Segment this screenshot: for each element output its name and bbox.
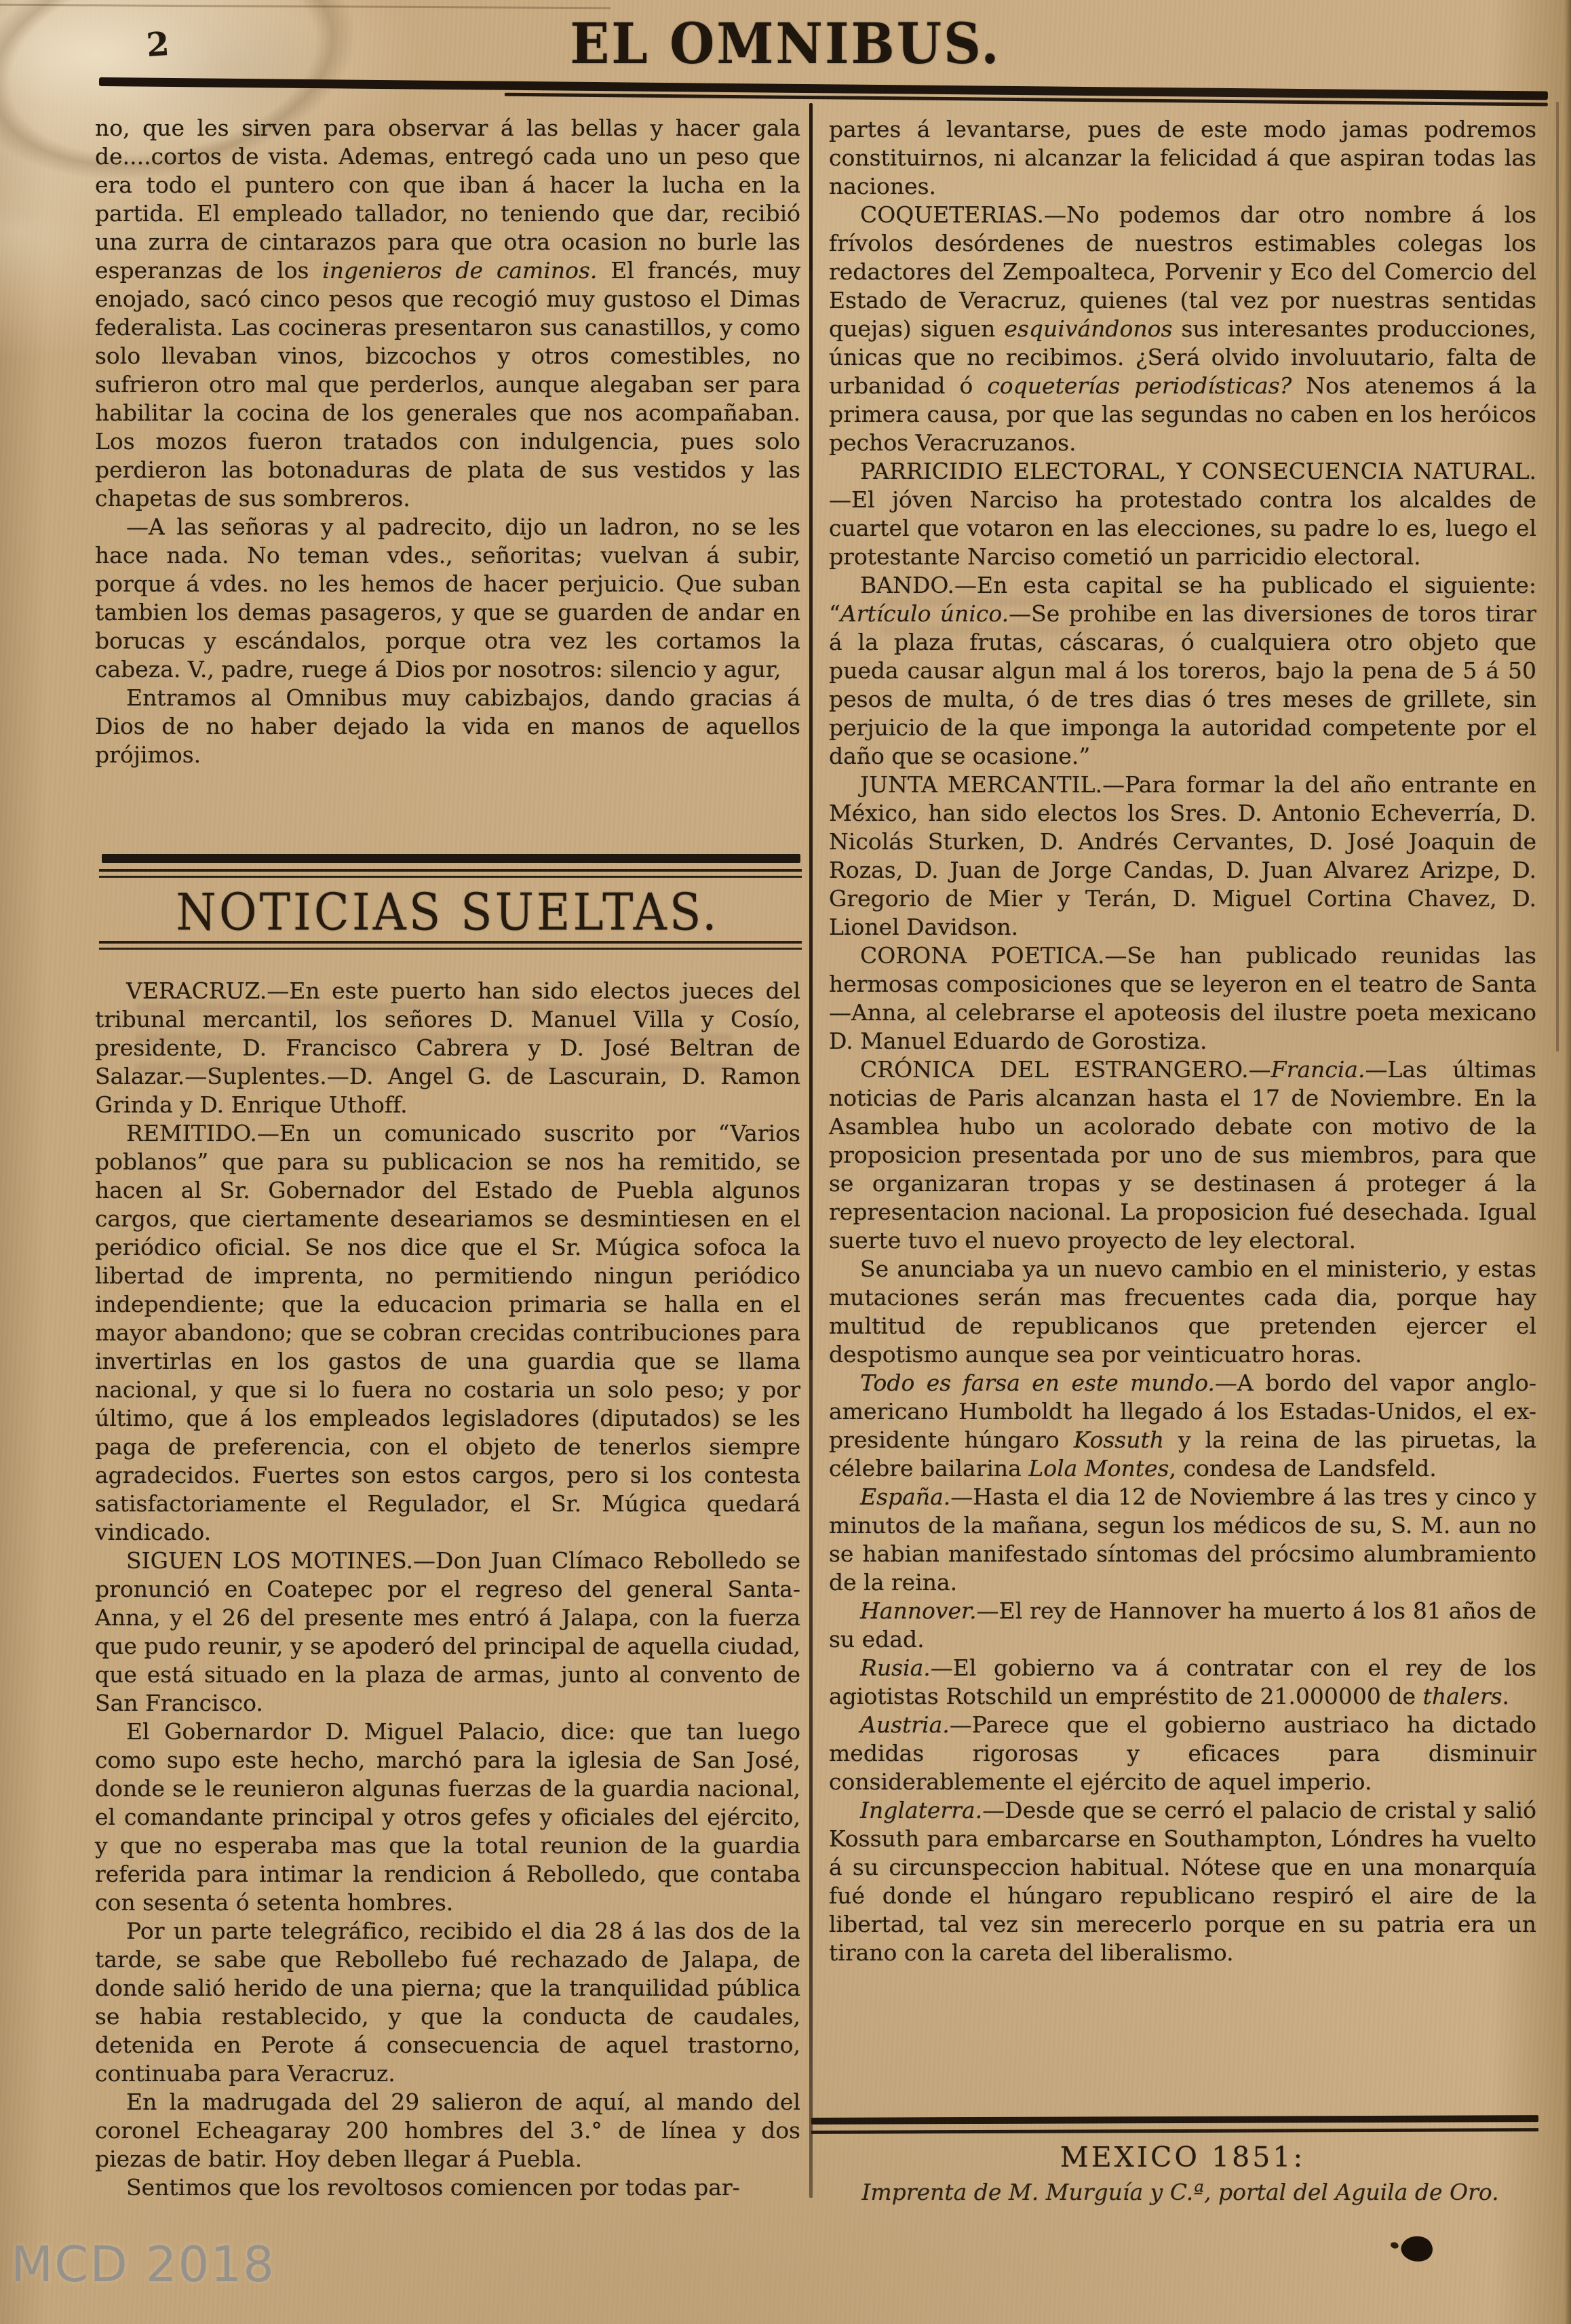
body-text: Sentimos que los revoltosos comiencen po… <box>126 2174 740 2201</box>
body-text: —A las señoras y al padrecito, dijo un l… <box>95 514 800 682</box>
section-rule-thin <box>99 948 802 950</box>
paragraph: Por un parte telegráfico, recibido el di… <box>95 1917 800 2088</box>
right-column: partes á levantarse, pues de este modo j… <box>829 115 1536 1967</box>
paragraph: En la madrugada del 29 salieron de aquí,… <box>95 2088 800 2173</box>
watermark: MCD 2018 <box>11 2236 275 2293</box>
section-rule-thin <box>99 941 802 944</box>
body-text: . <box>1502 1683 1510 1709</box>
paragraph: JUNTA MERCANTIL.—Para formar la del año … <box>829 771 1536 942</box>
body-text: —Las últimas noticias de Paris alcanzan … <box>829 1056 1536 1254</box>
paragraph: partes á levantarse, pues de este modo j… <box>829 115 1536 201</box>
body-text: CRÓNICA DEL ESTRANGERO.— <box>860 1056 1271 1083</box>
italic-text: Inglaterra. <box>860 1797 982 1823</box>
italic-text: Kossuth <box>1074 1427 1164 1453</box>
paragraph: Inglaterra.—Desde que se cerró el palaci… <box>829 1796 1536 1967</box>
section-rule-thick <box>102 854 800 863</box>
paragraph: REMITIDO.—En un comunicado suscrito por … <box>95 1119 800 1547</box>
body-text: SIGUEN LOS MOTINES.—Don Juan Clímaco Reb… <box>95 1547 800 1716</box>
body-text: El francés, muy enojado, sacó cinco peso… <box>95 257 800 511</box>
paragraph: BANDO.—En esta capital se ha publicado e… <box>829 571 1536 771</box>
italic-text: Austria. <box>860 1711 950 1738</box>
italic-text: Hannover. <box>860 1597 977 1624</box>
body-text: REMITIDO.—En un comunicado suscrito por … <box>95 1120 800 1545</box>
body-text: En la madrugada del 29 salieron de aquí,… <box>95 2089 800 2172</box>
italic-text: ingenieros de caminos. <box>322 257 597 284</box>
paragraph: CRÓNICA DEL ESTRANGERO.—Francia.—Las últ… <box>829 1056 1536 1255</box>
paragraph: no, que les sirven para observar á las b… <box>95 114 800 513</box>
footer-rule-thin <box>811 2128 1538 2134</box>
footer-imprint: Imprenta de M. Murguía y C.ª, portal del… <box>814 2179 1547 2205</box>
paragraph: SIGUEN LOS MOTINES.—Don Juan Clímaco Reb… <box>95 1547 800 1718</box>
newspaper-page: { "page": { "number": "2", "masthead": "… <box>0 0 1571 2324</box>
ink-blot <box>1398 2232 1435 2266</box>
body-text: CORONA POETICA.—Se han publicado reunida… <box>829 942 1536 1054</box>
italic-text: esquivándonos <box>1004 315 1172 342</box>
body-text: Se anunciaba ya un nuevo cambio en el mi… <box>829 1256 1536 1368</box>
left-column-top: no, que les sirven para observar á las b… <box>95 114 800 769</box>
footer-city-year: MEXICO 1851: <box>829 2141 1536 2173</box>
section-rule-thin <box>99 876 802 878</box>
paragraph: Todo es farsa en este mundo.—A bordo del… <box>829 1369 1536 1483</box>
paragraph: Hannover.—El rey de Hannover ha muerto á… <box>829 1597 1536 1654</box>
paragraph: Sentimos que los revoltosos comiencen po… <box>95 2173 800 2202</box>
italic-text: Lola Montes <box>1028 1455 1169 1481</box>
footer-rule-thick <box>811 2115 1538 2125</box>
body-text: VERACRUZ.—En este puerto han sido electo… <box>95 977 800 1118</box>
body-text: , condesa de Landsfeld. <box>1169 1455 1436 1481</box>
italic-text: thalers <box>1423 1683 1502 1709</box>
page-edge-line <box>1556 102 1559 1051</box>
body-text: El Gobernardor D. Miguel Palacio, dice: … <box>95 1718 800 1916</box>
paragraph: Austria.—Parece que el gobierno austriac… <box>829 1711 1536 1796</box>
paragraph: PARRICIDIO ELECTORAL, Y CONSECUENCIA NAT… <box>829 457 1536 571</box>
italic-text: Francia. <box>1271 1056 1365 1083</box>
page-edge-shadow <box>1564 0 1571 2324</box>
paragraph: Se anunciaba ya un nuevo cambio en el mi… <box>829 1255 1536 1369</box>
italic-text: Todo es farsa en este mundo. <box>860 1370 1215 1396</box>
masthead-title: EL OMNIBUS. <box>0 11 1571 76</box>
paragraph: COQUETERIAS.—No podemos dar otro nombre … <box>829 201 1536 457</box>
body-text: PARRICIDIO ELECTORAL, Y CONSECUENCIA NAT… <box>829 458 1536 570</box>
body-text: JUNTA MERCANTIL.—Para formar la del año … <box>829 771 1536 940</box>
paragraph: CORONA POETICA.—Se han publicado reunida… <box>829 942 1536 1056</box>
section-heading: NOTICIAS SUELTAS. <box>95 883 800 942</box>
column-divider-rule <box>809 103 813 2198</box>
paragraph: Rusia.—El gobierno va á contratar con el… <box>829 1654 1536 1711</box>
left-column-bottom: VERACRUZ.—En este puerto han sido electo… <box>95 977 800 2202</box>
italic-text: España. <box>860 1484 950 1510</box>
body-text: Por un parte telegráfico, recibido el di… <box>95 1918 800 2087</box>
paragraph: España.—Hasta el dia 12 de Noviembre á l… <box>829 1483 1536 1597</box>
paragraph: Entramos al Omnibus muy cabizbajos, dand… <box>95 684 800 769</box>
paragraph: VERACRUZ.—En este puerto han sido electo… <box>95 977 800 1119</box>
italic-text: coqueterías periodísticas? <box>987 372 1292 399</box>
body-text: Entramos al Omnibus muy cabizbajos, dand… <box>95 684 800 768</box>
italic-text: Rusia. <box>860 1654 931 1681</box>
body-text: partes á levantarse, pues de este modo j… <box>829 116 1536 199</box>
section-rule-thin <box>99 869 802 872</box>
italic-text: Artículo único. <box>840 600 1009 627</box>
paragraph: El Gobernardor D. Miguel Palacio, dice: … <box>95 1718 800 1917</box>
paragraph: —A las señoras y al padrecito, dijo un l… <box>95 513 800 684</box>
